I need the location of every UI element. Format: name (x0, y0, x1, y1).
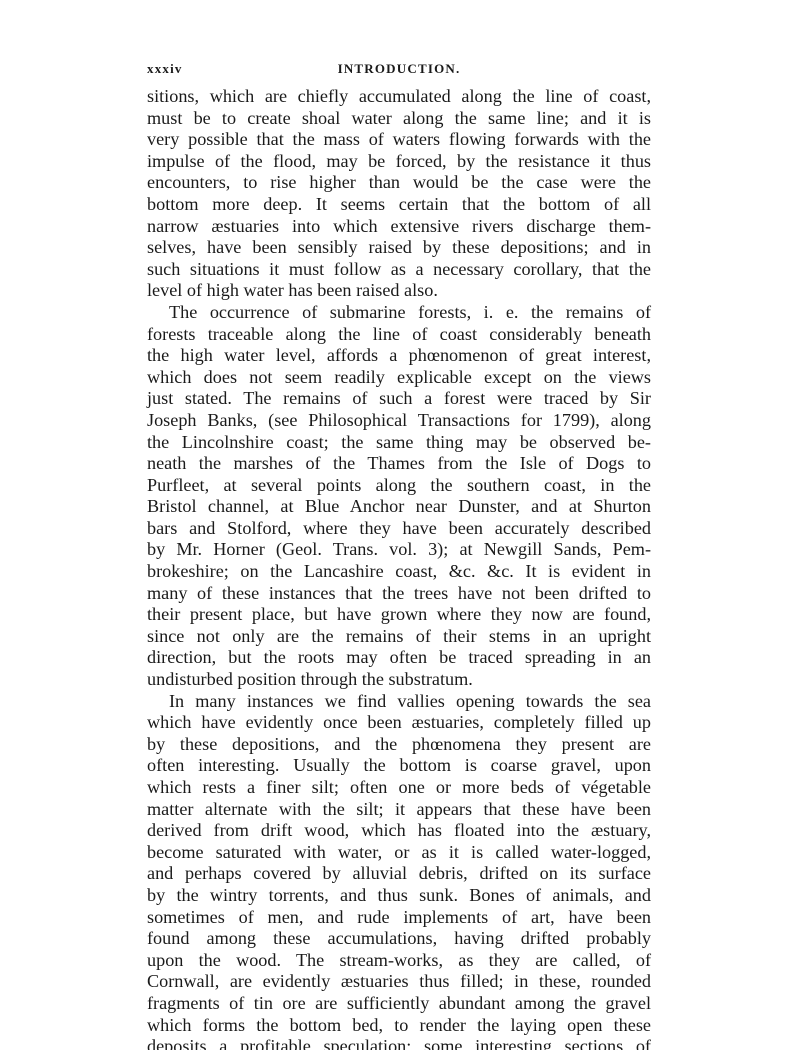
text-line: level of high water has been raised also… (147, 280, 651, 302)
text-line: the high water level, affords a phœnomen… (147, 345, 651, 367)
text-line: which rests a finer silt; often one or m… (147, 777, 651, 799)
text-line: which does not seem readily explicable e… (147, 367, 651, 389)
text-line: matter alternate with the silt; it appea… (147, 799, 651, 821)
text-line: sometimes of men, and rude implements of… (147, 907, 651, 929)
text-line: by Mr. Horner (Geol. Trans. vol. 3); at … (147, 539, 651, 561)
paragraph: The occurrence of submarine forests, i. … (147, 302, 651, 691)
running-title: INTRODUCTION. (147, 61, 651, 77)
paragraph: sitions, which are chiefly accumulated a… (147, 86, 651, 302)
text-line: and perhaps covered by alluvial debris, … (147, 863, 651, 885)
text-line: The occurrence of submarine forests, i. … (147, 302, 651, 324)
text-line: forests traceable along the line of coas… (147, 324, 651, 346)
text-line: encounters, to rise higher than would be… (147, 172, 651, 194)
text-line: narrow æstuaries into which extensive ri… (147, 216, 651, 238)
text-line: brokeshire; on the Lancashire coast, &c.… (147, 561, 651, 583)
text-line: impulse of the flood, may be forced, by … (147, 151, 651, 173)
text-line: which forms the bottom bed, to render th… (147, 1015, 651, 1037)
text-line: Purfleet, at several points along the so… (147, 475, 651, 497)
text-line: upon the wood. The stream-works, as they… (147, 950, 651, 972)
text-line: since not only are the remains of their … (147, 626, 651, 648)
text-line: bars and Stolford, where they have been … (147, 518, 651, 540)
text-line: by the wintry torrents, and thus sunk. B… (147, 885, 651, 907)
book-page: xxxiv INTRODUCTION. sitions, which are c… (147, 58, 651, 1050)
text-line: deposits a profitable speculation; some … (147, 1036, 651, 1050)
text-line: which have evidently once been æstuaries… (147, 712, 651, 734)
text-line: often interesting. Usually the bottom is… (147, 755, 651, 777)
text-line: must be to create shoal water along the … (147, 108, 651, 130)
text-line: Joseph Banks, (see Philosophical Transac… (147, 410, 651, 432)
text-line: bottom more deep. It seems certain that … (147, 194, 651, 216)
text-line: selves, have been sensibly raised by the… (147, 237, 651, 259)
text-line: become saturated with water, or as it is… (147, 842, 651, 864)
text-line: such situations it must follow as a nece… (147, 259, 651, 281)
text-line: by these depositions, and the phœnomena … (147, 734, 651, 756)
text-line: direction, but the roots may often be tr… (147, 647, 651, 669)
text-line: the Lincolnshire coast; the same thing m… (147, 432, 651, 454)
text-line: derived from drift wood, which has float… (147, 820, 651, 842)
text-line: many of these instances that the trees h… (147, 583, 651, 605)
text-line: In many instances we find vallies openin… (147, 691, 651, 713)
text-line: fragments of tin ore are sufficiently ab… (147, 993, 651, 1015)
paragraph: In many instances we find vallies openin… (147, 691, 651, 1050)
text-line: found among these accumulations, having … (147, 928, 651, 950)
text-line: Cornwall, are evidently æstuaries thus f… (147, 971, 651, 993)
text-line: sitions, which are chiefly accumulated a… (147, 86, 651, 108)
text-line: undisturbed position through the substra… (147, 669, 651, 691)
text-line: their present place, but have grown wher… (147, 604, 651, 626)
text-line: just stated. The remains of such a fores… (147, 388, 651, 410)
text-line: Bristol channel, at Blue Anchor near Dun… (147, 496, 651, 518)
page-header: xxxiv INTRODUCTION. (147, 58, 651, 84)
text-line: very possible that the mass of waters fl… (147, 129, 651, 151)
body-text: sitions, which are chiefly accumulated a… (147, 86, 651, 1050)
text-line: neath the marshes of the Thames from the… (147, 453, 651, 475)
